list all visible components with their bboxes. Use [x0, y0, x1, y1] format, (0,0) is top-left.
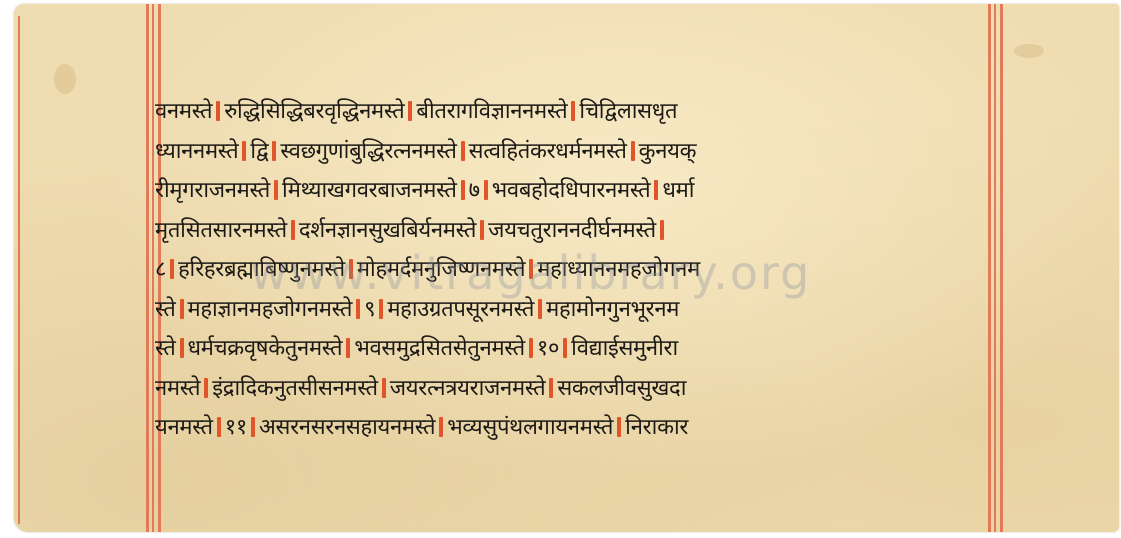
danda-mark	[408, 101, 412, 121]
left-edge-ruling-line	[18, 16, 20, 524]
danda-mark	[563, 338, 567, 358]
left-margin-ruling-line	[146, 4, 149, 532]
danda-mark	[346, 338, 350, 358]
text-segment: ध्याननमस्ते	[155, 139, 238, 164]
manuscript-line: वनमस्तेरुद्धिसिद्धिबरवृद्धिनमस्तेबीतरागव…	[155, 92, 995, 132]
danda-mark	[538, 299, 542, 319]
danda-mark	[291, 220, 295, 240]
manuscript-line: मृतसितसारनमस्तेदर्शनज्ञानसुखबिर्यनमस्तेज…	[155, 211, 995, 251]
text-segment: स्वछगुणांबुद्धिरत्ननमस्ते	[280, 139, 456, 164]
text-segment: ११	[225, 415, 247, 440]
text-segment: वनमस्ते	[155, 99, 212, 124]
text-segment: चिद्विलासधृत	[579, 99, 677, 124]
manuscript-line: रीमृगराजनमस्तेमिथ्याखगवरबाजनमस्ते७भवबहोद…	[155, 171, 995, 211]
text-segment: महामोनगुनभूरनम	[546, 297, 679, 322]
paper-stain	[1014, 44, 1044, 58]
text-segment: महाज्ञानमहजोगनमस्ते	[188, 297, 353, 322]
manuscript-line: स्तेधर्मचक्रवृषकेतुनमस्तेभवसमुद्रसितसेतु…	[155, 329, 995, 369]
text-segment: नमस्ते	[155, 376, 200, 401]
text-segment: जयचतुराननदीर्घनमस्ते	[488, 218, 656, 243]
text-segment: स्ते	[155, 336, 176, 361]
danda-mark	[382, 378, 386, 398]
text-segment: हरिहरब्रह्माबिष्णुनमस्ते	[178, 257, 345, 282]
danda-mark	[180, 338, 184, 358]
text-segment: मृतसितसारनमस्ते	[155, 218, 287, 243]
text-segment: सत्वहितंकरधर्मनमस्ते	[469, 139, 627, 164]
text-segment: विद्याईसमुनीरा	[571, 336, 678, 361]
text-segment: मिथ्याखगवरबाजनमस्ते	[282, 178, 457, 203]
danda-mark	[170, 259, 174, 279]
text-segment: भव्यसुपंथलगायनमस्ते	[447, 415, 613, 440]
text-segment: धर्मचक्रवृषकेतुनमस्ते	[188, 336, 343, 361]
danda-mark	[529, 259, 533, 279]
danda-mark	[660, 220, 664, 240]
danda-mark	[484, 180, 488, 200]
paper-stain	[54, 64, 76, 94]
text-segment: महाध्याननमहजोगनम	[537, 257, 700, 282]
danda-mark	[356, 299, 360, 319]
danda-mark	[549, 378, 553, 398]
text-segment: महाउग्रतपसूरनमस्ते	[387, 297, 534, 322]
manuscript-line: नमस्तेइंद्रादिकनुतसीसनमस्तेजयरत्नत्रयराज…	[155, 369, 995, 409]
danda-mark	[529, 338, 533, 358]
danda-mark	[631, 141, 635, 161]
text-segment: रीमृगराजनमस्ते	[155, 178, 270, 203]
text-segment: रुद्धिसिद्धिबरवृद्धिनमस्ते	[224, 99, 404, 124]
text-segment: जयरत्नत्रयराजनमस्ते	[390, 376, 546, 401]
text-segment: भवबहोदधिपारनमस्ते	[492, 178, 651, 203]
danda-mark	[272, 141, 276, 161]
text-segment: ७	[469, 178, 480, 203]
text-segment: द्वि	[250, 139, 268, 164]
text-segment: १०	[537, 336, 559, 361]
danda-mark	[439, 417, 443, 437]
text-segment: यनमस्ते	[155, 415, 213, 440]
danda-mark	[180, 299, 184, 319]
text-segment: मोहमर्दमनुजिष्णनमस्ते	[357, 257, 525, 282]
text-segment: बीतरागविज्ञाननमस्ते	[416, 99, 567, 124]
danda-mark	[217, 417, 221, 437]
manuscript-line: ध्याननमस्तेद्विस्वछगुणांबुद्धिरत्ननमस्ते…	[155, 132, 995, 172]
danda-mark	[654, 180, 658, 200]
text-segment: ८	[155, 257, 166, 282]
text-segment: स्ते	[155, 297, 176, 322]
text-segment: भवसमुद्रसितसेतुनमस्ते	[354, 336, 525, 361]
danda-mark	[274, 180, 278, 200]
text-segment: कुनयक्	[639, 139, 697, 164]
manuscript-line: स्तेमहाज्ञानमहजोगनमस्ते९महाउग्रतपसूरनमस्…	[155, 290, 995, 330]
text-segment: ९	[364, 297, 375, 322]
text-segment: धर्मा	[662, 178, 694, 203]
text-segment: इंद्रादिकनुतसीसनमस्ते	[212, 376, 378, 401]
danda-mark	[461, 141, 465, 161]
manuscript-text-block: वनमस्तेरुद्धिसिद्धिबरवृद्धिनमस्तेबीतरागव…	[155, 92, 995, 448]
text-segment: निराकार	[625, 415, 688, 440]
manuscript-line: ८हरिहरब्रह्माबिष्णुनमस्तेमोहमर्दमनुजिष्ण…	[155, 250, 995, 290]
danda-mark	[204, 378, 208, 398]
danda-mark	[461, 180, 465, 200]
danda-mark	[617, 417, 621, 437]
danda-mark	[242, 141, 246, 161]
danda-mark	[216, 101, 220, 121]
text-segment: असरनसरनसहायनमस्ते	[259, 415, 435, 440]
right-margin-ruling-line	[1000, 4, 1003, 532]
text-segment: सकलजीवसुखदा	[557, 376, 686, 401]
danda-mark	[379, 299, 383, 319]
danda-mark	[480, 220, 484, 240]
text-segment: दर्शनज्ञानसुखबिर्यनमस्ते	[299, 218, 476, 243]
danda-mark	[571, 101, 575, 121]
left-margin-ruling-line	[152, 4, 154, 532]
manuscript-line: यनमस्ते११असरनसरनसहायनमस्तेभव्यसुपंथलगायन…	[155, 408, 995, 448]
danda-mark	[349, 259, 353, 279]
danda-mark	[251, 417, 255, 437]
